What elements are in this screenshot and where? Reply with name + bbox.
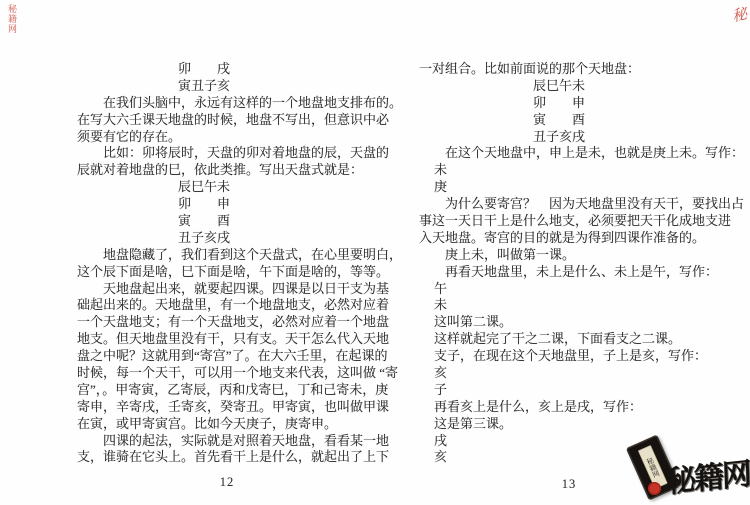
text-line: 支子，在现在这个天地盘里，子上是亥，写作： bbox=[419, 348, 719, 365]
text-line: 辰就对着地盘的巳，依此类推。写出天盘式就是： bbox=[77, 162, 377, 179]
text-line: 亥 bbox=[419, 365, 719, 382]
text-line: 卯 申 bbox=[77, 196, 377, 213]
text-line: 辰巳午未 bbox=[77, 179, 377, 196]
text-line: 时候，每一个天干，可以用一个地支来代表，这叫做 “寄 bbox=[77, 365, 377, 382]
text-line: 天地盘起出来，就要起四课。四课是以日干支为基 bbox=[77, 281, 377, 298]
text-line: 支，谁骑在它头上。首先看干上是什么，就起出了上下 bbox=[77, 449, 377, 466]
red-corner-watermark-top-left: 秘籍网 bbox=[7, 4, 17, 34]
text-line: 在寅，或甲寄寅宫。比如今天庚子，庚寄申。 bbox=[77, 416, 377, 433]
text-line: 在我们头脑中，永远有这样的一个地盘地支排布的。 bbox=[77, 95, 377, 112]
text-line: 为什么要寄宫？ 因为天地盘里没有天干，要找出占 bbox=[419, 196, 719, 213]
text-line: 寅 酉 bbox=[419, 112, 719, 129]
text-line: 寄申，辛寄戌，壬寄亥，癸寄丑。甲寄寅，也叫做甲课 bbox=[77, 399, 377, 416]
text-line: 盘之中呢？这就用到“寄宫”了。在大六壬里，在起课的 bbox=[77, 348, 377, 365]
text-line: 入天地盘。寄宫的目的就是为得到四课作准备的。 bbox=[419, 230, 719, 247]
text-line: 地支。但天地盘里没有干，只有支。天干怎么代入天地 bbox=[77, 331, 377, 348]
text-line: 这样就起完了干之二课，下面看支之二课。 bbox=[419, 331, 719, 348]
text-line: 在这个天地盘中，申上是未，也就是庚上未。写作： bbox=[419, 145, 719, 162]
text-line: 比如：卯将辰时，天盘的卯对着地盘的辰，天盘的 bbox=[77, 145, 377, 162]
left-book-page: 卯 戌寅丑子亥在我们头脑中，永远有这样的一个地盘地支排布的。在写大六壬课天地盘的… bbox=[77, 61, 377, 466]
text-line: 这是第三课。 bbox=[419, 416, 719, 433]
text-line: 这叫第二课。 bbox=[419, 314, 719, 331]
text-line: 宫”，。甲寄寅，乙寄辰，丙和戊寄巳，丁和己寄未，庚 bbox=[77, 382, 377, 399]
text-line: 一个天盘地支；有一个天盘地支，必然对应着一个地盘 bbox=[77, 314, 377, 331]
right-book-page: 一对组合。比如前面说的那个天地盘：辰巳午未卯 申寅 酉丑子亥戌在这个天地盘中，申… bbox=[419, 61, 719, 466]
text-line: 卯 申 bbox=[419, 95, 719, 112]
text-line: 一对组合。比如前面说的那个天地盘： bbox=[419, 61, 719, 78]
text-line: 再看天地盘里，未上是什么、未上是午，写作： bbox=[419, 264, 719, 281]
text-line: 庚上未，叫做第一课。 bbox=[419, 247, 719, 264]
site-name-watermark: 秘籍网 bbox=[665, 449, 750, 502]
left-page-number: 12 bbox=[77, 475, 377, 490]
text-line: 寅 酉 bbox=[77, 213, 377, 230]
text-line: 未 bbox=[419, 297, 719, 314]
text-line: 午 bbox=[419, 281, 719, 298]
text-line: 卯 戌 bbox=[77, 61, 377, 78]
text-line: 未 bbox=[419, 162, 719, 179]
text-line: 须要有它的存在。 bbox=[77, 129, 377, 146]
text-line: 庚 bbox=[419, 179, 719, 196]
text-line: 四课的起法，实际就是对照着天地盘，看看某一地 bbox=[77, 433, 377, 450]
text-line: 地盘隐藏了，我们看到这个天盘式，在心里要明白， bbox=[77, 247, 377, 264]
red-seal-icon bbox=[648, 482, 661, 495]
text-line: 事这一天日干上是什么地支，必须要把天干化成地支进 bbox=[419, 213, 719, 230]
text-line: 础起出来的。天地盘里，有一个地盘地支，必然对应着 bbox=[77, 297, 377, 314]
text-line: 再看亥上是什么，亥上是戌，写作： bbox=[419, 399, 719, 416]
text-line: 在写大六壬课天地盘的时候，地盘不写出，但意识中必 bbox=[77, 112, 377, 129]
text-line: 这个辰下面是啥，巳下面是啥，午下面是啥的，等等。 bbox=[77, 264, 377, 281]
text-line: 辰巳午未 bbox=[419, 78, 719, 95]
text-line: 子 bbox=[419, 382, 719, 399]
text-line: 丑子亥戌 bbox=[77, 230, 377, 247]
text-line: 丑子亥戌 bbox=[419, 129, 719, 146]
text-line: 寅丑子亥 bbox=[77, 78, 377, 95]
text-line: 戌 bbox=[419, 433, 719, 450]
red-corner-watermark-top-right: 秘 bbox=[730, 3, 749, 27]
